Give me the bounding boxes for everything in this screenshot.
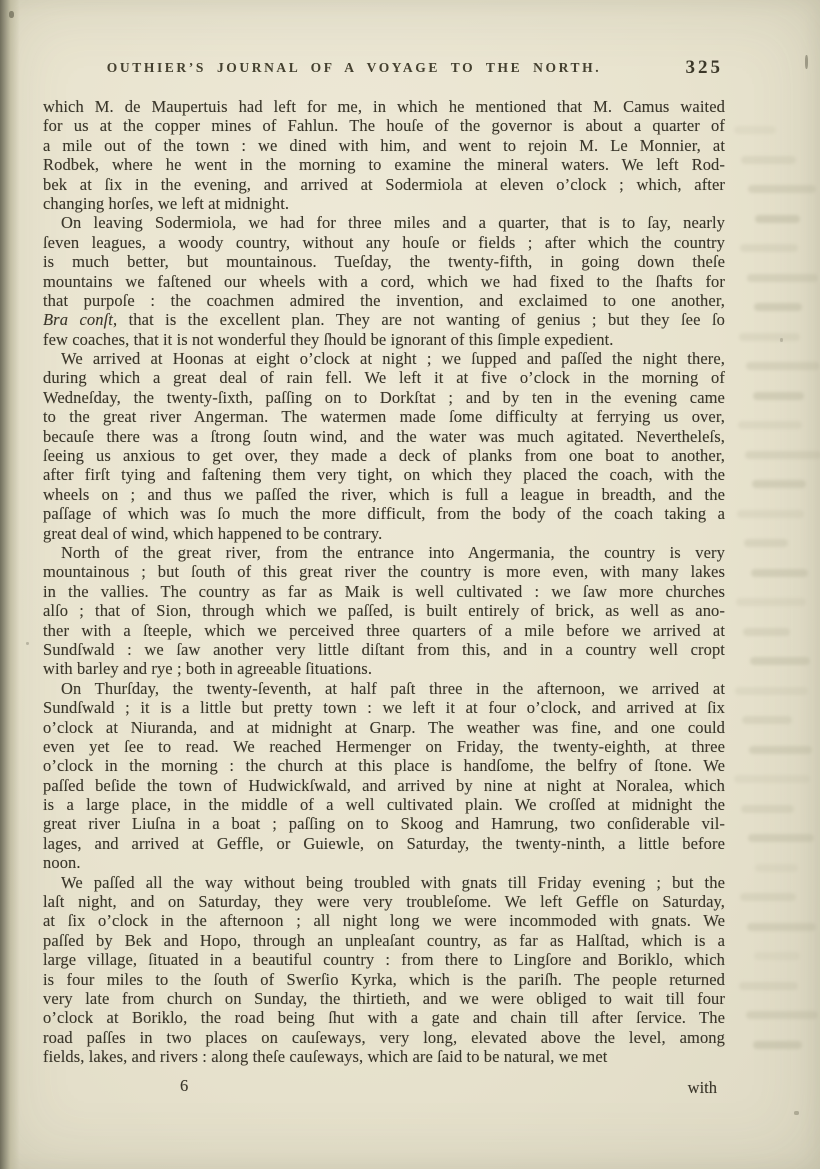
text-block: which M. de Maupertuis had left for me, … [43, 97, 725, 1067]
bleed-through-mark [737, 510, 804, 518]
text-line: is a large place, in the middle of a wel… [43, 795, 725, 814]
bleed-through-mark [755, 864, 798, 872]
bleed-through-mark [748, 834, 814, 842]
bleed-through-mark [744, 539, 788, 547]
footer-row: 6 with [43, 1076, 725, 1096]
text-line: bek at ſix in the evening, and arrived a… [43, 175, 725, 194]
text-line: Rodbek, where he went in the morning to … [43, 155, 725, 174]
text-line: to the great river Angerman. The waterme… [43, 407, 725, 426]
bleed-through-mark [741, 156, 796, 164]
bleed-through-mark [736, 598, 806, 606]
text-line: great deal of wind, which happened to be… [43, 524, 725, 543]
text-line: changing horſes, we left at midnight. [43, 194, 725, 213]
bleed-through-mark [754, 303, 802, 311]
text-line: We paſſed all the way without being trou… [43, 873, 725, 892]
text-line: even yet ſee to read. We reached Hermeng… [43, 737, 725, 756]
text-line: becauſe there was a ſtrong ſoutn wind, a… [43, 427, 725, 446]
bleed-through-mark [748, 185, 816, 193]
bleed-through-mark [750, 657, 810, 665]
bleed-through-mark [747, 274, 818, 282]
text-line: On leaving Sodermiola, we had for three … [43, 213, 725, 232]
text-line: We arrived at Hoonas at eight o’clock at… [43, 349, 725, 368]
text-line: wheels on ; and thus we paſſed the river… [43, 485, 725, 504]
text-line: On Thurſday, the twenty-ſeventh, at half… [43, 679, 725, 698]
bleed-through-mark [745, 451, 820, 459]
bleed-through-mark [751, 569, 808, 577]
text-line: with barley and rye ; both in agreeable … [43, 659, 725, 678]
bleed-through-mark [743, 628, 790, 636]
text-line: noon. [43, 853, 725, 872]
bleed-through-mark [739, 333, 800, 341]
page-edge-shadow [0, 0, 22, 1169]
ink-speck [805, 55, 808, 69]
bleed-through-mark [753, 1041, 802, 1049]
text-line: at ſix o’clock in the afternoon ; all ni… [43, 911, 725, 930]
bleed-through-mark [742, 716, 792, 724]
text-line: which M. de Maupertuis had left for me, … [43, 97, 725, 116]
text-line: o’clock at Niuranda, and at midnight at … [43, 718, 725, 737]
bleed-through-mark [747, 923, 816, 931]
running-header: OUTHIER’S JOURNAL OF A VOYAGE TO THE NOR… [43, 60, 725, 76]
text-line: great river Liuſna in a boat ; paſſing o… [43, 814, 725, 833]
text-line: road paſſes in two places on cauſeways, … [43, 1028, 725, 1047]
text-line: o’clock at Boriklo, the road being ſhut … [43, 1008, 725, 1027]
running-header-row: OUTHIER’S JOURNAL OF A VOYAGE TO THE NOR… [43, 60, 725, 86]
text-line: that purpoſe : the coachmen admired the … [43, 291, 725, 310]
text-line: mountains we faſtened our wheels with a … [43, 272, 725, 291]
ink-speck [9, 11, 14, 18]
text-line: is much better, but mountainous. Tueſday… [43, 252, 725, 271]
text-line: mountainous ; but ſouth of this great ri… [43, 562, 725, 581]
bleed-through-mark [738, 421, 802, 429]
bleed-through-mark [755, 215, 800, 223]
signature-mark: 6 [180, 1076, 188, 1096]
text-line: Sundſwald : we ſaw another very little d… [43, 640, 725, 659]
bleed-through-mark [741, 805, 794, 813]
text-line: a mile out of the town : we dined with h… [43, 136, 725, 155]
text-line: North of the great river, from the entra… [43, 543, 725, 562]
bleed-through-mark [746, 1011, 818, 1019]
text-line: during which a great deal of rain fell. … [43, 368, 725, 387]
text-line: large village, ſituated in a beautiful c… [43, 950, 725, 969]
bleed-through-mark [740, 244, 798, 252]
page-number: 325 [686, 57, 724, 79]
text-line: Bra conſt, that is the excellent plan. T… [43, 310, 725, 329]
bleed-through-mark [734, 775, 810, 783]
text-line: Sundſwald ; it is a little but pretty to… [43, 698, 725, 717]
text-line: fields, lakes, and rivers : along theſe … [43, 1047, 725, 1066]
text-line: ſeeing us anxious to get over, they made… [43, 446, 725, 465]
text-line: paſſage of which was ſo much the more di… [43, 504, 725, 523]
ink-speck [780, 338, 783, 342]
text-line: lages, and arrived at Geffle, or Guiewle… [43, 834, 725, 853]
ink-speck [794, 1111, 799, 1115]
bleed-through-mark [753, 392, 804, 400]
bleed-through-mark [749, 746, 812, 754]
text-line: paſſed beſide the town of Hudwickſwald, … [43, 776, 725, 795]
text-line: for us at the copper mines of Fahlun. Th… [43, 116, 725, 135]
bleed-through-mark [734, 126, 776, 134]
text-line: Wedneſday, the twenty-ſixth, paſſing on … [43, 388, 725, 407]
text-line: ther with a ſteeple, which we perceived … [43, 621, 725, 640]
ink-speck [26, 642, 29, 645]
text-line: paſſed by Bek and Hopo, through an unple… [43, 931, 725, 950]
bleed-through-mark [740, 893, 796, 901]
bleed-through-mark [746, 362, 820, 370]
text-line: after firſt tying and faſtening them ver… [43, 465, 725, 484]
book-page: OUTHIER’S JOURNAL OF A VOYAGE TO THE NOR… [0, 0, 820, 1169]
text-line: o’clock in the morning : the church at t… [43, 756, 725, 775]
text-line: very late from church on Sunday, the thi… [43, 989, 725, 1008]
text-line: alſo ; that of Sion, through which we pa… [43, 601, 725, 620]
text-line: few coaches, that it is not wonderful th… [43, 330, 725, 349]
text-line: ſeven leagues, a woody country, without … [43, 233, 725, 252]
text-line: laſt night, and on Saturday, they were v… [43, 892, 725, 911]
bleed-through-mark [754, 952, 800, 960]
catchword: with [688, 1078, 717, 1098]
bleed-through-mark [739, 982, 798, 990]
text-line: is four miles to the ſouth of Swerſio Ky… [43, 970, 725, 989]
bleed-through-mark [752, 480, 806, 488]
bleed-through-mark [735, 687, 808, 695]
text-line: in the vallies. The country as far as Ma… [43, 582, 725, 601]
